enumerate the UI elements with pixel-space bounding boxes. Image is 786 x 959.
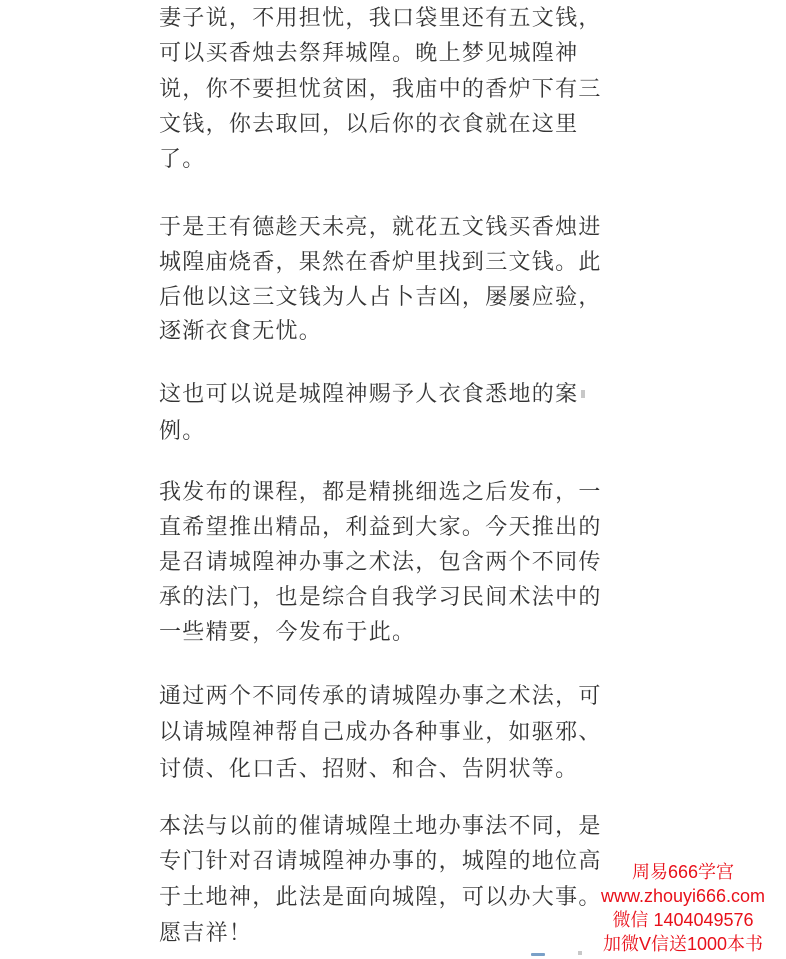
article-line: 以请城隍神帮自己成办各种事业，如驱邪、 — [159, 715, 602, 751]
article-line: 城隍庙烧香，果然在香炉里找到三文钱。此 — [159, 245, 602, 281]
article-line: 这也可以说是城隍神赐予人衣食悉地的案 — [159, 377, 578, 413]
scroll-indicator — [581, 390, 585, 398]
watermark-title: 周易666学宫 — [583, 860, 783, 884]
underline-mark — [531, 953, 545, 956]
article-line: 了。 — [159, 142, 206, 178]
article-line: 是召请城隍神办事之术法，包含两个不同传 — [159, 545, 602, 581]
article-line: 承的法门，也是综合自我学习民间术法中的 — [159, 580, 602, 616]
article-line: 妻子说，不用担忧，我口袋里还有五文钱， — [159, 1, 602, 37]
article-line: 文钱，你去取回，以后你的衣食就在这里 — [159, 107, 578, 143]
article-line: 直希望推出精品，利益到大家。今天推出的 — [159, 510, 602, 546]
scroll-indicator-bottom — [578, 951, 582, 955]
watermark-wechat: 微信 1404049576 — [583, 908, 783, 932]
article-line: 我发布的课程，都是精挑细选之后发布，一 — [159, 475, 602, 511]
article-line: 讨债、化口舌、招财、和合、告阴状等。 — [159, 752, 578, 788]
article-line: 后他以这三文钱为人占卜吉凶，屡屡应验， — [159, 280, 602, 316]
article-line: 通过两个不同传承的请城隍办事之术法，可 — [159, 679, 602, 715]
article-line: 于土地神，此法是面向城隍，可以办大事。 — [159, 880, 602, 916]
article-line: 一些精要，今发布于此。 — [159, 615, 415, 651]
article-line: 说，你不要担忧贫困，我庙中的香炉下有三 — [159, 72, 602, 108]
article-line: 逐渐衣食无忧。 — [159, 314, 322, 350]
watermark: 周易666学宫 www.zhouyi666.com 微信 1404049576 … — [583, 860, 783, 956]
article-line: 专门针对召请城隍神办事的，城隍的地位高 — [159, 844, 602, 880]
article-line: 可以买香烛去祭拜城隍。晚上梦见城隍神 — [159, 36, 578, 72]
article-line: 例。 — [159, 414, 206, 450]
article-line: 于是王有德趁天未亮，就花五文钱买香烛进 — [159, 210, 602, 246]
article-line: 愿吉祥！ — [159, 916, 252, 952]
article-line: 本法与以前的催请城隍土地办事法不同，是 — [159, 809, 602, 845]
watermark-promo: 加微V信送1000本书 — [583, 932, 783, 956]
watermark-url: www.zhouyi666.com — [583, 884, 783, 908]
